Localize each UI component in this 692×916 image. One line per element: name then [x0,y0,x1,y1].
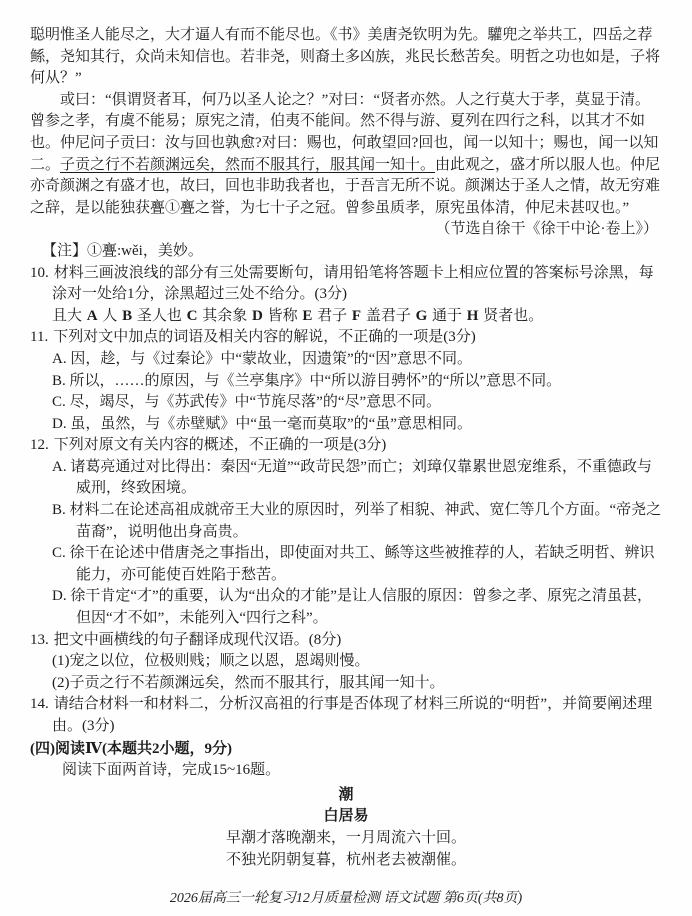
poem-title: 潮 [30,785,662,807]
section-instruction: 阅读下面两首诗，完成15~16题。 [62,760,662,782]
underlined-sentence: 子贡之行不若颜渊远矣，然而不服其行，服其闻一知十。 [60,157,435,173]
question-stem: 把文中画横线的句子翻译成现代汉语。(8分) [54,632,342,648]
question-14: 14.请结合材料一和材料二，分析汉高祖的行事是否体现了材料三所说的“明哲”，并简… [30,694,662,737]
question-12-text: 12.下列对原文有关内容的概述，不正确的一项是(3分) [30,435,662,457]
question-13: 13.把文中画横线的句子翻译成现代汉语。(8分) (1)宠之以位，位极则贱；顺之… [30,630,662,695]
question-10: 10.材料三画波浪线的部分有三处需要断句，请用铅笔将答题卡上相应位置的答案标号涂… [30,263,662,328]
question-13-text: 13.把文中画横线的句子翻译成现代汉语。(8分) [30,630,662,652]
question-12-option-d: D. 徐干肯定“才”的重要，认为“出众的才能”是让人信服的原因：曾参之孝、原宪之… [52,586,662,629]
poem-line-1: 早潮才落晚潮来，一月周流六十回。 [30,828,662,850]
question-13-sub-1: (1)宠之以位，位极则贱；顺之以恩，恩竭则慢。 [52,651,662,673]
question-12: 12.下列对原文有关内容的概述，不正确的一项是(3分) A. 诸葛亮通过对比得出… [30,435,662,629]
question-10-text: 10.材料三画波浪线的部分有三处需要断句，请用铅笔将答题卡上相应位置的答案标号涂… [30,263,662,306]
question-13-sub-2: (2)子贡之行不若颜渊远矣，然而不服其行，服其闻一知十。 [52,673,662,695]
poem-block: 潮 白居易 早潮才落晚潮来，一月周流六十回。 不独光阴朝复暮，杭州老去被潮催。 [30,785,662,871]
poem-author: 白居易 [30,806,662,828]
question-11: 11.下列对文中加点的词语及相关内容的解说，不正确的一项是(3分) A. 因，趁… [30,327,662,435]
question-11-text: 11.下列对文中加点的词语及相关内容的解说，不正确的一项是(3分) [30,327,662,349]
question-stem: 下列对文中加点的词语及相关内容的解说，不正确的一项是(3分) [53,329,476,345]
question-11-option-a: A. 因，趁，与《过秦论》中“蒙故业，因遗策”的“因”意思不同。 [52,349,662,371]
footnote: 【注】①亹:wěi，美妙。 [42,241,662,263]
question-stem: 下列对原文有关内容的概述，不正确的一项是(3分) [54,437,387,453]
question-number: 13. [30,632,49,648]
exam-page: 聪明惟圣人能尽之，大才逼人有而不能尽也。《书》美唐尧钦明为先。驩兜之举共工，四岳… [0,0,692,916]
question-stem: 请结合材料一和材料二，分析汉高祖的行事是否体现了材料三所说的“明哲”，并简要阐述… [52,696,652,734]
poem-line-2: 不独光阴朝复暮，杭州老去被潮催。 [30,850,662,872]
questions-block: 10.材料三画波浪线的部分有三处需要断句，请用铅笔将答题卡上相应位置的答案标号涂… [30,263,662,738]
question-11-option-d: D. 虽，虽然，与《赤壁赋》中“虽一毫而莫取”的“虽”意思相同。 [52,414,662,436]
question-number: 11. [30,329,48,345]
question-number: 10. [30,265,49,281]
source-attribution: （节选自徐干《徐干中论·卷上》） [30,219,662,241]
question-12-option-b: B. 材料二在论述高祖成就帝王大业的原因时，列举了相貌、神武、宽仁等几个方面。“… [52,500,662,543]
passage-material: 聪明惟圣人能尽之，大才逼人有而不能尽也。《书》美唐尧钦明为先。驩兜之举共工，四岳… [30,25,662,263]
question-12-option-c: C. 徐干在论述中借唐尧之事指出，即使面对共工、鲧等这些被推荐的人，若缺乏明哲、… [52,543,662,586]
section-4-reading: (四)阅读Ⅳ(本题共2小题，9分) 阅读下面两首诗，完成15~16题。 潮 白居… [30,739,662,872]
question-11-option-b: B. 所以，……的原因，与《兰亭集序》中“所以游目骋怀”的“所以”意思不同。 [52,371,662,393]
passage-paragraph-2: 或曰：“俱谓贤者耳，何乃以圣人论之？”对曰：“贤者亦然。人之行莫大于孝，莫显于清… [30,90,662,220]
question-10-break-line: 且大 A 人 B 圣人也 C 其余象 D 皆称 E 君子 F 盖君子 G 通于 … [52,306,662,328]
question-12-option-a: A. 诸葛亮通过对比得出：秦因“无道”“政苛民怨”而亡；刘璋仅靠累世恩宠维系，不… [52,457,662,500]
section-heading: (四)阅读Ⅳ(本题共2小题，9分) [30,739,662,761]
question-14-text: 14.请结合材料一和材料二，分析汉高祖的行事是否体现了材料三所说的“明哲”，并简… [30,694,662,737]
question-11-option-c: C. 尽，竭尽，与《苏武传》中“节旄尽落”的“尽”意思不同。 [52,392,662,414]
question-number: 14. [30,696,49,712]
question-stem: 材料三画波浪线的部分有三处需要断句，请用铅笔将答题卡上相应位置的答案标号涂黑，每… [52,265,654,303]
question-number: 12. [30,437,49,453]
passage-paragraph-1: 聪明惟圣人能尽之，大才逼人有而不能尽也。《书》美唐尧钦明为先。驩兜之举共工，四岳… [30,25,662,90]
page-footer: 2026届高三一轮复习12月质量检测 语文试题 第6页(共8页) [30,888,662,910]
